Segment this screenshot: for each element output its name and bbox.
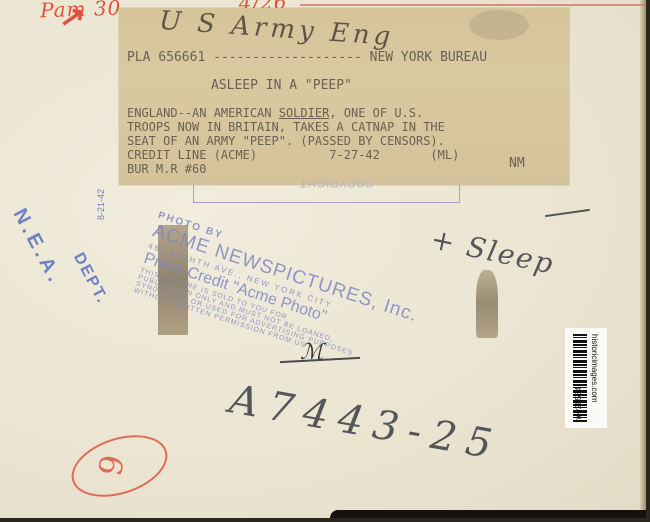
copyright-stamp: COPYRIGHT xyxy=(193,185,460,203)
photo-edge-bottom-torn xyxy=(330,510,646,518)
caption-body-underlined: SOLDIER xyxy=(279,106,330,120)
red-note-text: Pam 30 xyxy=(40,0,122,22)
nea-stamp-date: 8-21-42 xyxy=(96,189,106,220)
barcode-label: historicimages.com nev20584 xyxy=(565,328,607,428)
caption-label: U S Army Eng PLA 656661 ----------------… xyxy=(119,8,569,185)
red-pencil-line xyxy=(300,4,645,6)
dept-stamp: DEPT. xyxy=(69,250,111,307)
pencil-dash xyxy=(545,209,590,217)
barcode-site: historicimages.com xyxy=(590,334,599,402)
caption-body-line: TROOPS NOW IN BRITAIN, TAKES A CATNAP IN… xyxy=(127,120,445,134)
copyright-stamp-text: COPYRIGHT xyxy=(299,177,373,189)
caption-body-prefix: ENGLAND--AN AMERICAN xyxy=(127,106,279,120)
handwritten-number: A7443-25 xyxy=(226,376,505,469)
nea-stamp: N.E.A. xyxy=(8,205,67,289)
photo-edge-right xyxy=(640,0,646,518)
caption-code-line: PLA 656661 ------------------- NEW YORK … xyxy=(127,50,487,65)
stain xyxy=(469,10,529,40)
press-photo-back: ↗ Pam 30 4/26 U S Army Eng PLA 656661 --… xyxy=(0,0,646,518)
circled-number: 9 xyxy=(64,424,175,508)
caption-initials: NM xyxy=(509,156,525,171)
handwritten-header: U S Army Eng xyxy=(158,6,395,52)
tape-residue xyxy=(476,270,498,338)
caption-body: ENGLAND--AN AMERICAN SOLDIER, ONE OF U.S… xyxy=(127,106,459,176)
caption-body-line: BUR M.R #60 xyxy=(127,162,206,176)
circled-number-text: 9 xyxy=(91,452,132,480)
nea-stamp-org: N.E.A. xyxy=(9,205,67,289)
caption-body-line: SEAT OF AN ARMY "PEEP". (PASSED BY CENSO… xyxy=(127,134,445,148)
caption-body-suffix: , ONE OF U.S. xyxy=(329,106,423,120)
signature: ℳ xyxy=(300,340,324,365)
barcode-id: nev20584 xyxy=(574,387,583,422)
caption-body-line: CREDIT LINE (ACME) 7-27-42 (ML) xyxy=(127,148,459,162)
caption-headline: ASLEEP IN A "PEEP" xyxy=(211,78,352,93)
